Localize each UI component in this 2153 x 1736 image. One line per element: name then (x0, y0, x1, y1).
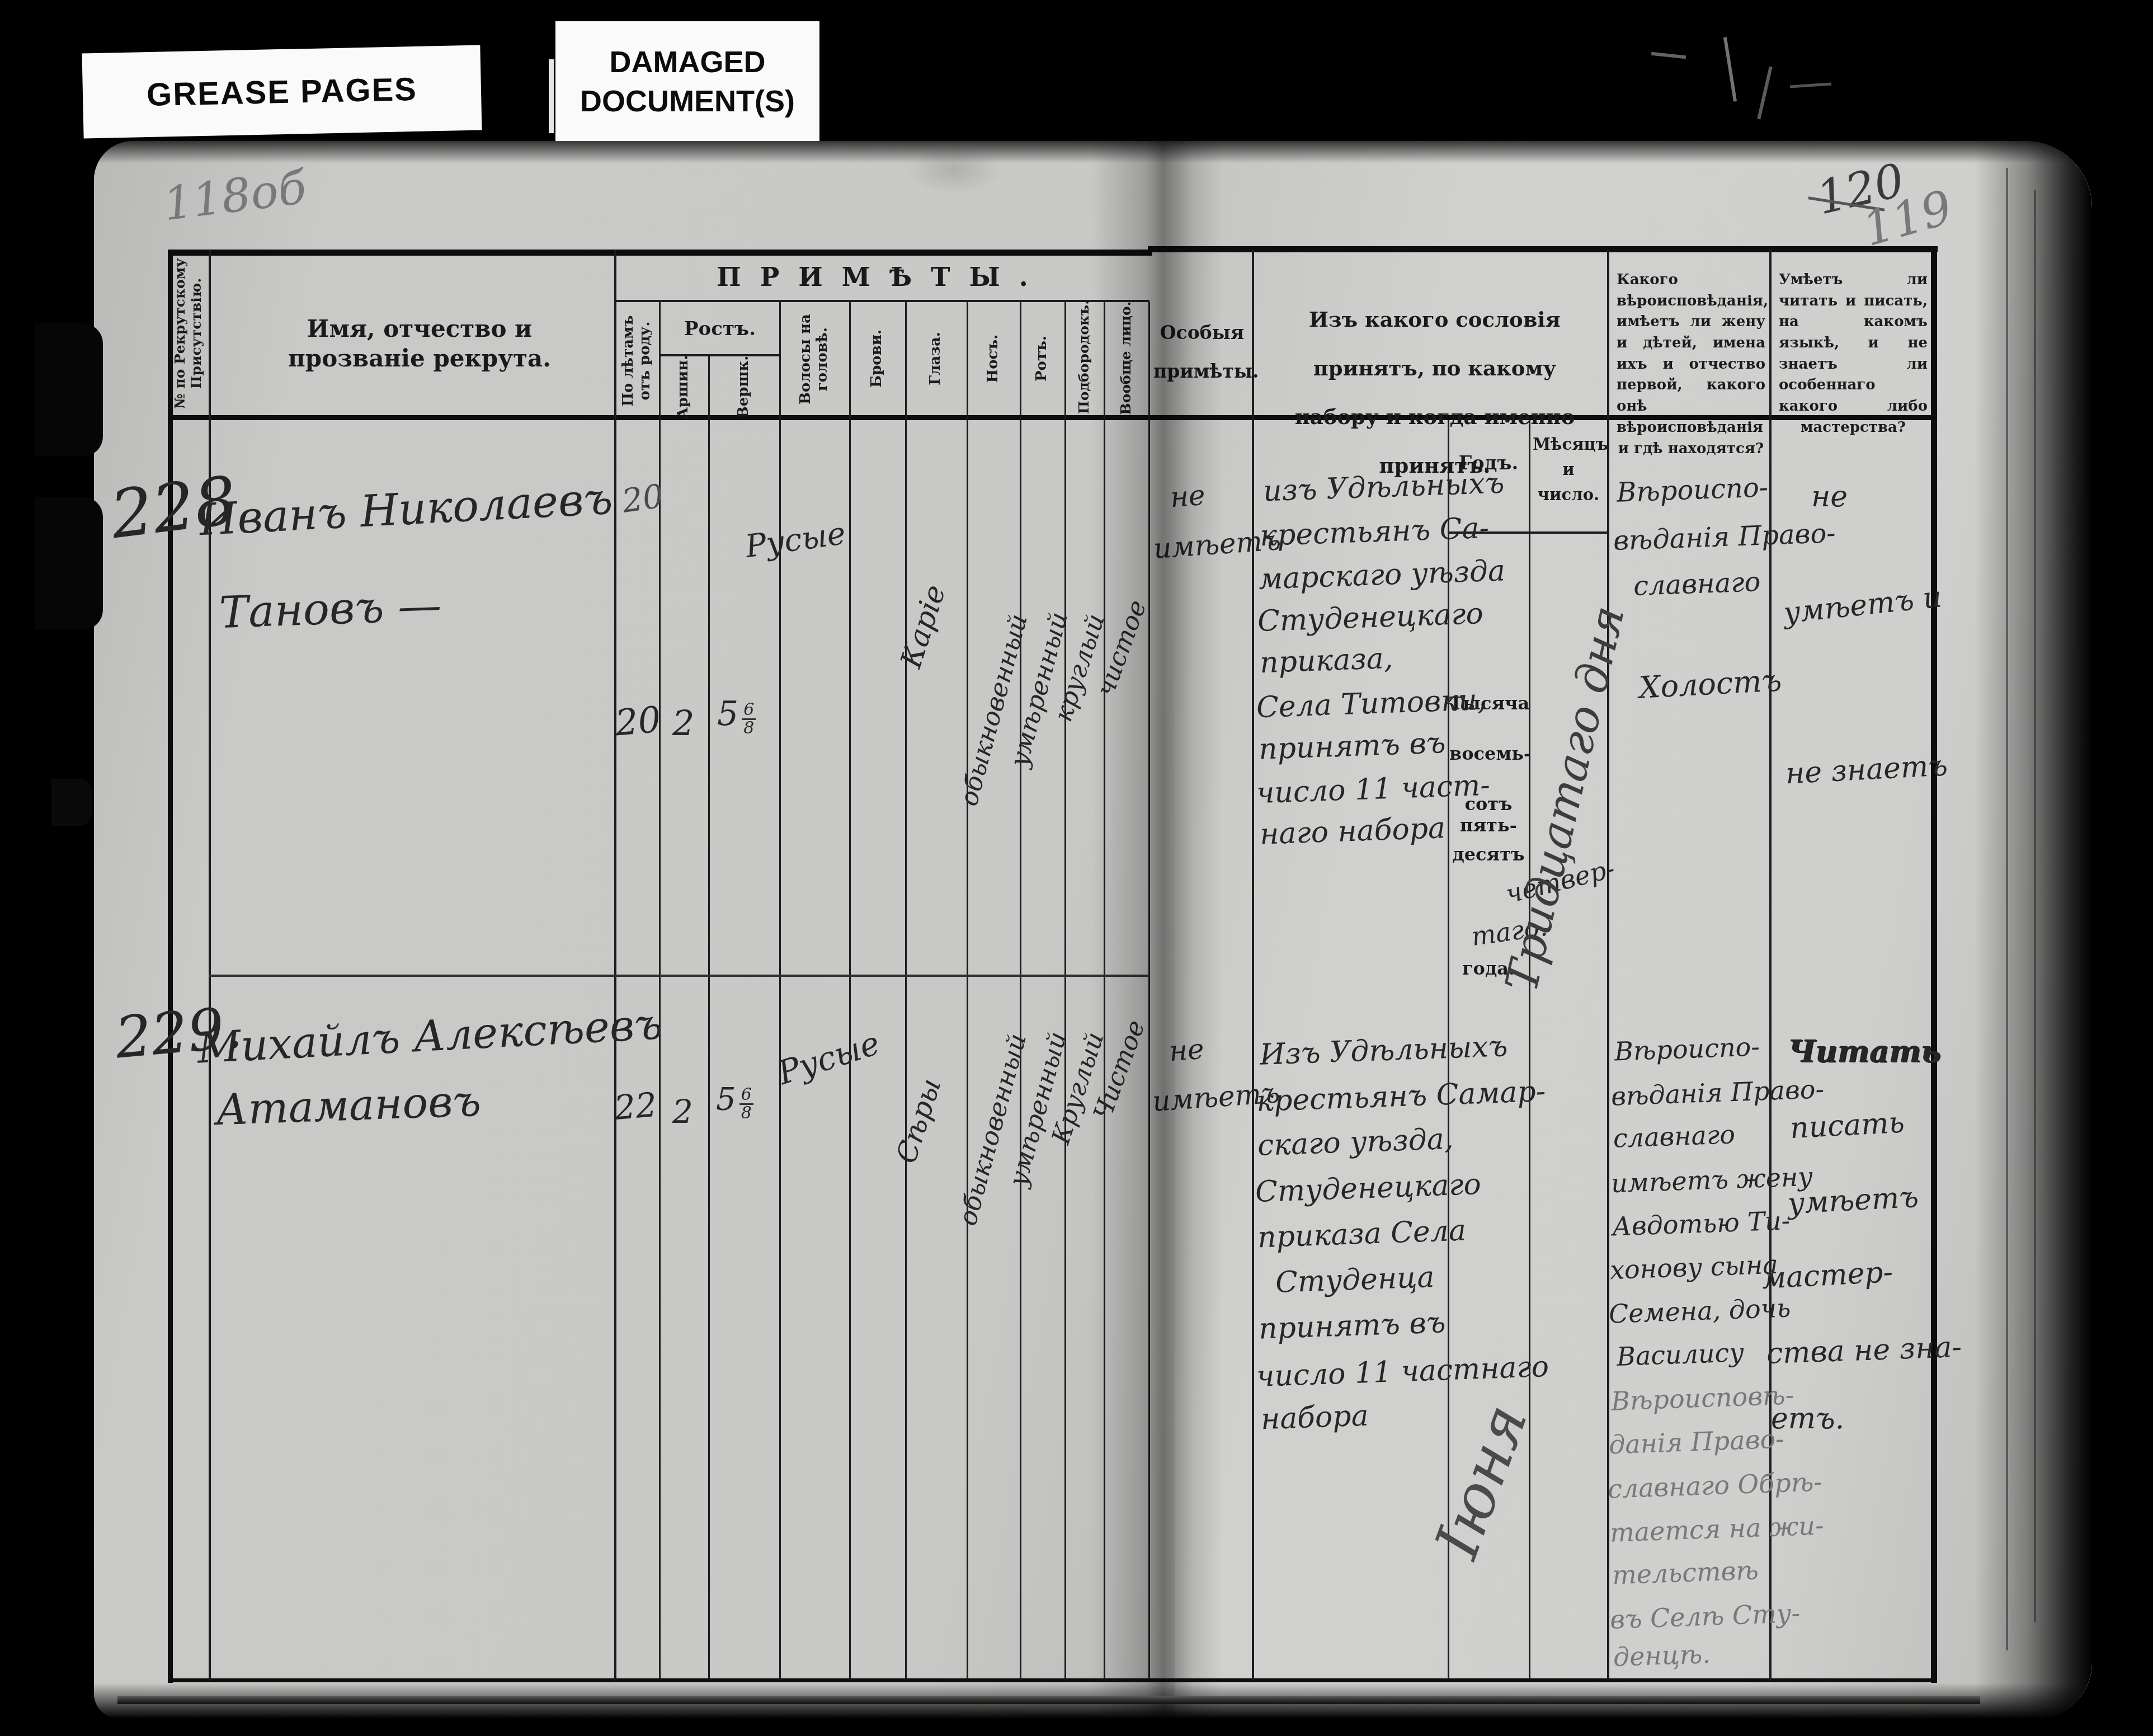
book-clasp-bottom (35, 497, 103, 630)
entry-name-line: Атамановъ (215, 1080, 482, 1131)
entry-estate-line: число 11 част- (1256, 771, 1491, 808)
vershok-whole: 5 (716, 1081, 736, 1118)
entry-estate-line: марскаго уѣзда (1258, 556, 1506, 594)
vershok-whole: 5 (717, 694, 738, 733)
scratch-marks (1723, 37, 1737, 102)
entry-age-listed: 20 (620, 479, 665, 517)
table-rule (614, 250, 616, 1681)
table-rule (779, 302, 781, 1679)
entry-literacy-line: Читать (1788, 1036, 1940, 1066)
header-name: Имя, отчество и прозваніе рекрута. (235, 314, 604, 373)
entry-literacy-line: мастер- (1761, 1258, 1894, 1293)
entry-estate-line: наго набора (1259, 813, 1446, 849)
scratch-marks (1790, 82, 1831, 88)
header-age: По лѣтамъ отъ роду. (616, 305, 658, 417)
table-rule (1252, 250, 1254, 1681)
year-printed-line: десятъ (1449, 844, 1528, 865)
entry-religion-line: славнаго (1633, 568, 1761, 600)
entry-religion-line: данія Право- (1608, 1426, 1784, 1458)
header-mouth: Ротъ. (1021, 303, 1063, 415)
entry-literacy-line: умѣетъ (1787, 1183, 1919, 1219)
table-rule (1064, 302, 1066, 1679)
table-rule (168, 1678, 1937, 1682)
entry-religion-line: Авдотью Ти- (1612, 1207, 1791, 1239)
entry-estate-line: Студенца (1275, 1263, 1435, 1297)
header-chin: Подбородокъ. (1066, 290, 1103, 424)
entry-arshin: 2 (672, 1095, 693, 1128)
table-rule (1104, 302, 1105, 1679)
entry-vershok: 568 (717, 697, 756, 737)
entry-estate-line: Студенецкаго (1257, 599, 1484, 636)
book-clasp-top (35, 323, 103, 457)
table-rule (1148, 302, 1150, 1679)
row-separator (209, 975, 1149, 977)
entry-religion-line: въ Селѣ Сту- (1609, 1600, 1800, 1633)
table-rule (967, 302, 968, 1679)
entry-estate-line: Изъ Удѣльныхъ (1259, 1032, 1508, 1069)
entry-literacy-line: етъ. (1771, 1404, 1844, 1433)
table-rule (1769, 250, 1772, 1681)
year-printed-line: восемь- (1449, 743, 1528, 764)
header-brows: Брови. (856, 303, 898, 415)
entry-estate-line: принятъ въ (1258, 728, 1446, 764)
entry-estate-line: приказа, (1259, 644, 1393, 678)
table-rule (1148, 246, 1938, 252)
table-rule (1529, 420, 1530, 1679)
entry-religion-line: имѣетъ жену (1610, 1164, 1813, 1197)
header-arshin: Аршин. (663, 345, 704, 429)
entry-religion-line: Вѣроиспо- (1614, 1033, 1760, 1064)
scratch-marks (1651, 52, 1686, 59)
entry-estate-line: принятъ въ (1258, 1308, 1446, 1344)
entry-religion-line: Вѣроиспо- (1616, 474, 1769, 506)
entry-estate-line: Студенецкаго (1255, 1170, 1482, 1207)
table-rule (1020, 302, 1021, 1679)
header-face: Вообще лицо. (1108, 294, 1144, 422)
entry-arshin: 2 (672, 706, 694, 741)
entry-special-line: не (1168, 1035, 1205, 1065)
header-recruit-number: № по Рекрутскому Присутствію. (167, 253, 210, 413)
entry-literacy-line: не знаетъ (1785, 751, 1948, 788)
table-rule (708, 356, 710, 1679)
entry-religion-line: вѣданія Право- (1610, 1076, 1824, 1109)
entry-religion-line: Холостъ (1638, 665, 1783, 703)
header-eyes: Глаза. (915, 303, 957, 415)
header-height: Ростъ. (659, 318, 781, 340)
table-rule (168, 250, 173, 1683)
entry-religion-line: славнаго Обрѣ- (1607, 1469, 1822, 1502)
entry-religion-line: вѣданія Право- (1613, 520, 1836, 554)
entry-religion-line: денцѣ. (1613, 1641, 1711, 1670)
scratch-marks (1757, 67, 1772, 120)
entry-estate-line: приказа Села (1257, 1216, 1466, 1253)
entry-estate-line: Села Титовки, (1256, 685, 1487, 722)
header-vershok: Вершк. (723, 345, 765, 429)
vershok-fraction: 68 (742, 702, 756, 737)
table-rule (1931, 246, 1937, 1683)
entry-religion-line: Семена, дочь (1608, 1295, 1791, 1326)
header-hair: Волосы на головѣ. (784, 302, 845, 417)
entry-religion-line: тельствѣ (1612, 1557, 1759, 1588)
entry-literacy-line: писать (1789, 1108, 1905, 1144)
header-literacy: Умѣетъ ли читать и писать, на какомъ язы… (1779, 270, 1928, 439)
scanned-register-spread: GREASE PAGES DAMAGED DOCUMENT(S) 118об 1… (0, 0, 2153, 1736)
header-nose: Носъ. (972, 303, 1015, 415)
grease-pages-text: GREASE PAGES (146, 70, 417, 113)
table-rule (905, 302, 907, 1679)
label-edge-sliver (549, 59, 554, 133)
entry-estate-line: скаго уѣзда, (1257, 1125, 1454, 1160)
damaged-document-text: DAMAGED DOCUMENT(S) (567, 43, 808, 121)
entry-vershok: 568 (716, 1084, 753, 1122)
header-religion: Какого вѣроисповѣданія, имѣетъ ли жену и… (1617, 270, 1765, 459)
damaged-document-label: DAMAGED DOCUMENT(S) (555, 21, 819, 142)
entry-literacy-line: ства не зна- (1766, 1333, 1962, 1368)
grease-pages-label: GREASE PAGES (82, 45, 482, 139)
header-special-marks: Особыя примѣты. (1153, 313, 1251, 391)
header-primety: ПРИМѢТЫ. (614, 262, 1149, 292)
header-month-day: Мѣсяцъ и число. (1533, 432, 1604, 507)
entry-age: 20 (614, 702, 662, 742)
table-rule (1607, 250, 1609, 1681)
entry-religion-line: хонову сына (1609, 1252, 1778, 1283)
entry-estate-line: набора (1260, 1401, 1369, 1434)
entry-age: 22 (613, 1088, 658, 1125)
vershok-fraction: 68 (739, 1086, 753, 1122)
entry-name-line: Тановъ — (219, 584, 442, 635)
entry-special-line: не (1169, 481, 1206, 511)
entry-religion-line: Василису (1616, 1339, 1744, 1370)
entry-estate-line: изъ Удѣльныхъ (1262, 468, 1505, 506)
entry-estate-line: крестьянъ Са- (1259, 514, 1490, 551)
entry-literacy-line: не (1811, 482, 1848, 511)
entry-religion-line: тается на жи- (1609, 1512, 1824, 1545)
book-edge-nub (51, 779, 92, 826)
entry-religion-line: славнаго (1613, 1121, 1735, 1151)
table-rule (168, 250, 1152, 256)
entry-religion-line: Вѣроисповѣ- (1610, 1382, 1794, 1414)
table-rule (849, 302, 851, 1679)
